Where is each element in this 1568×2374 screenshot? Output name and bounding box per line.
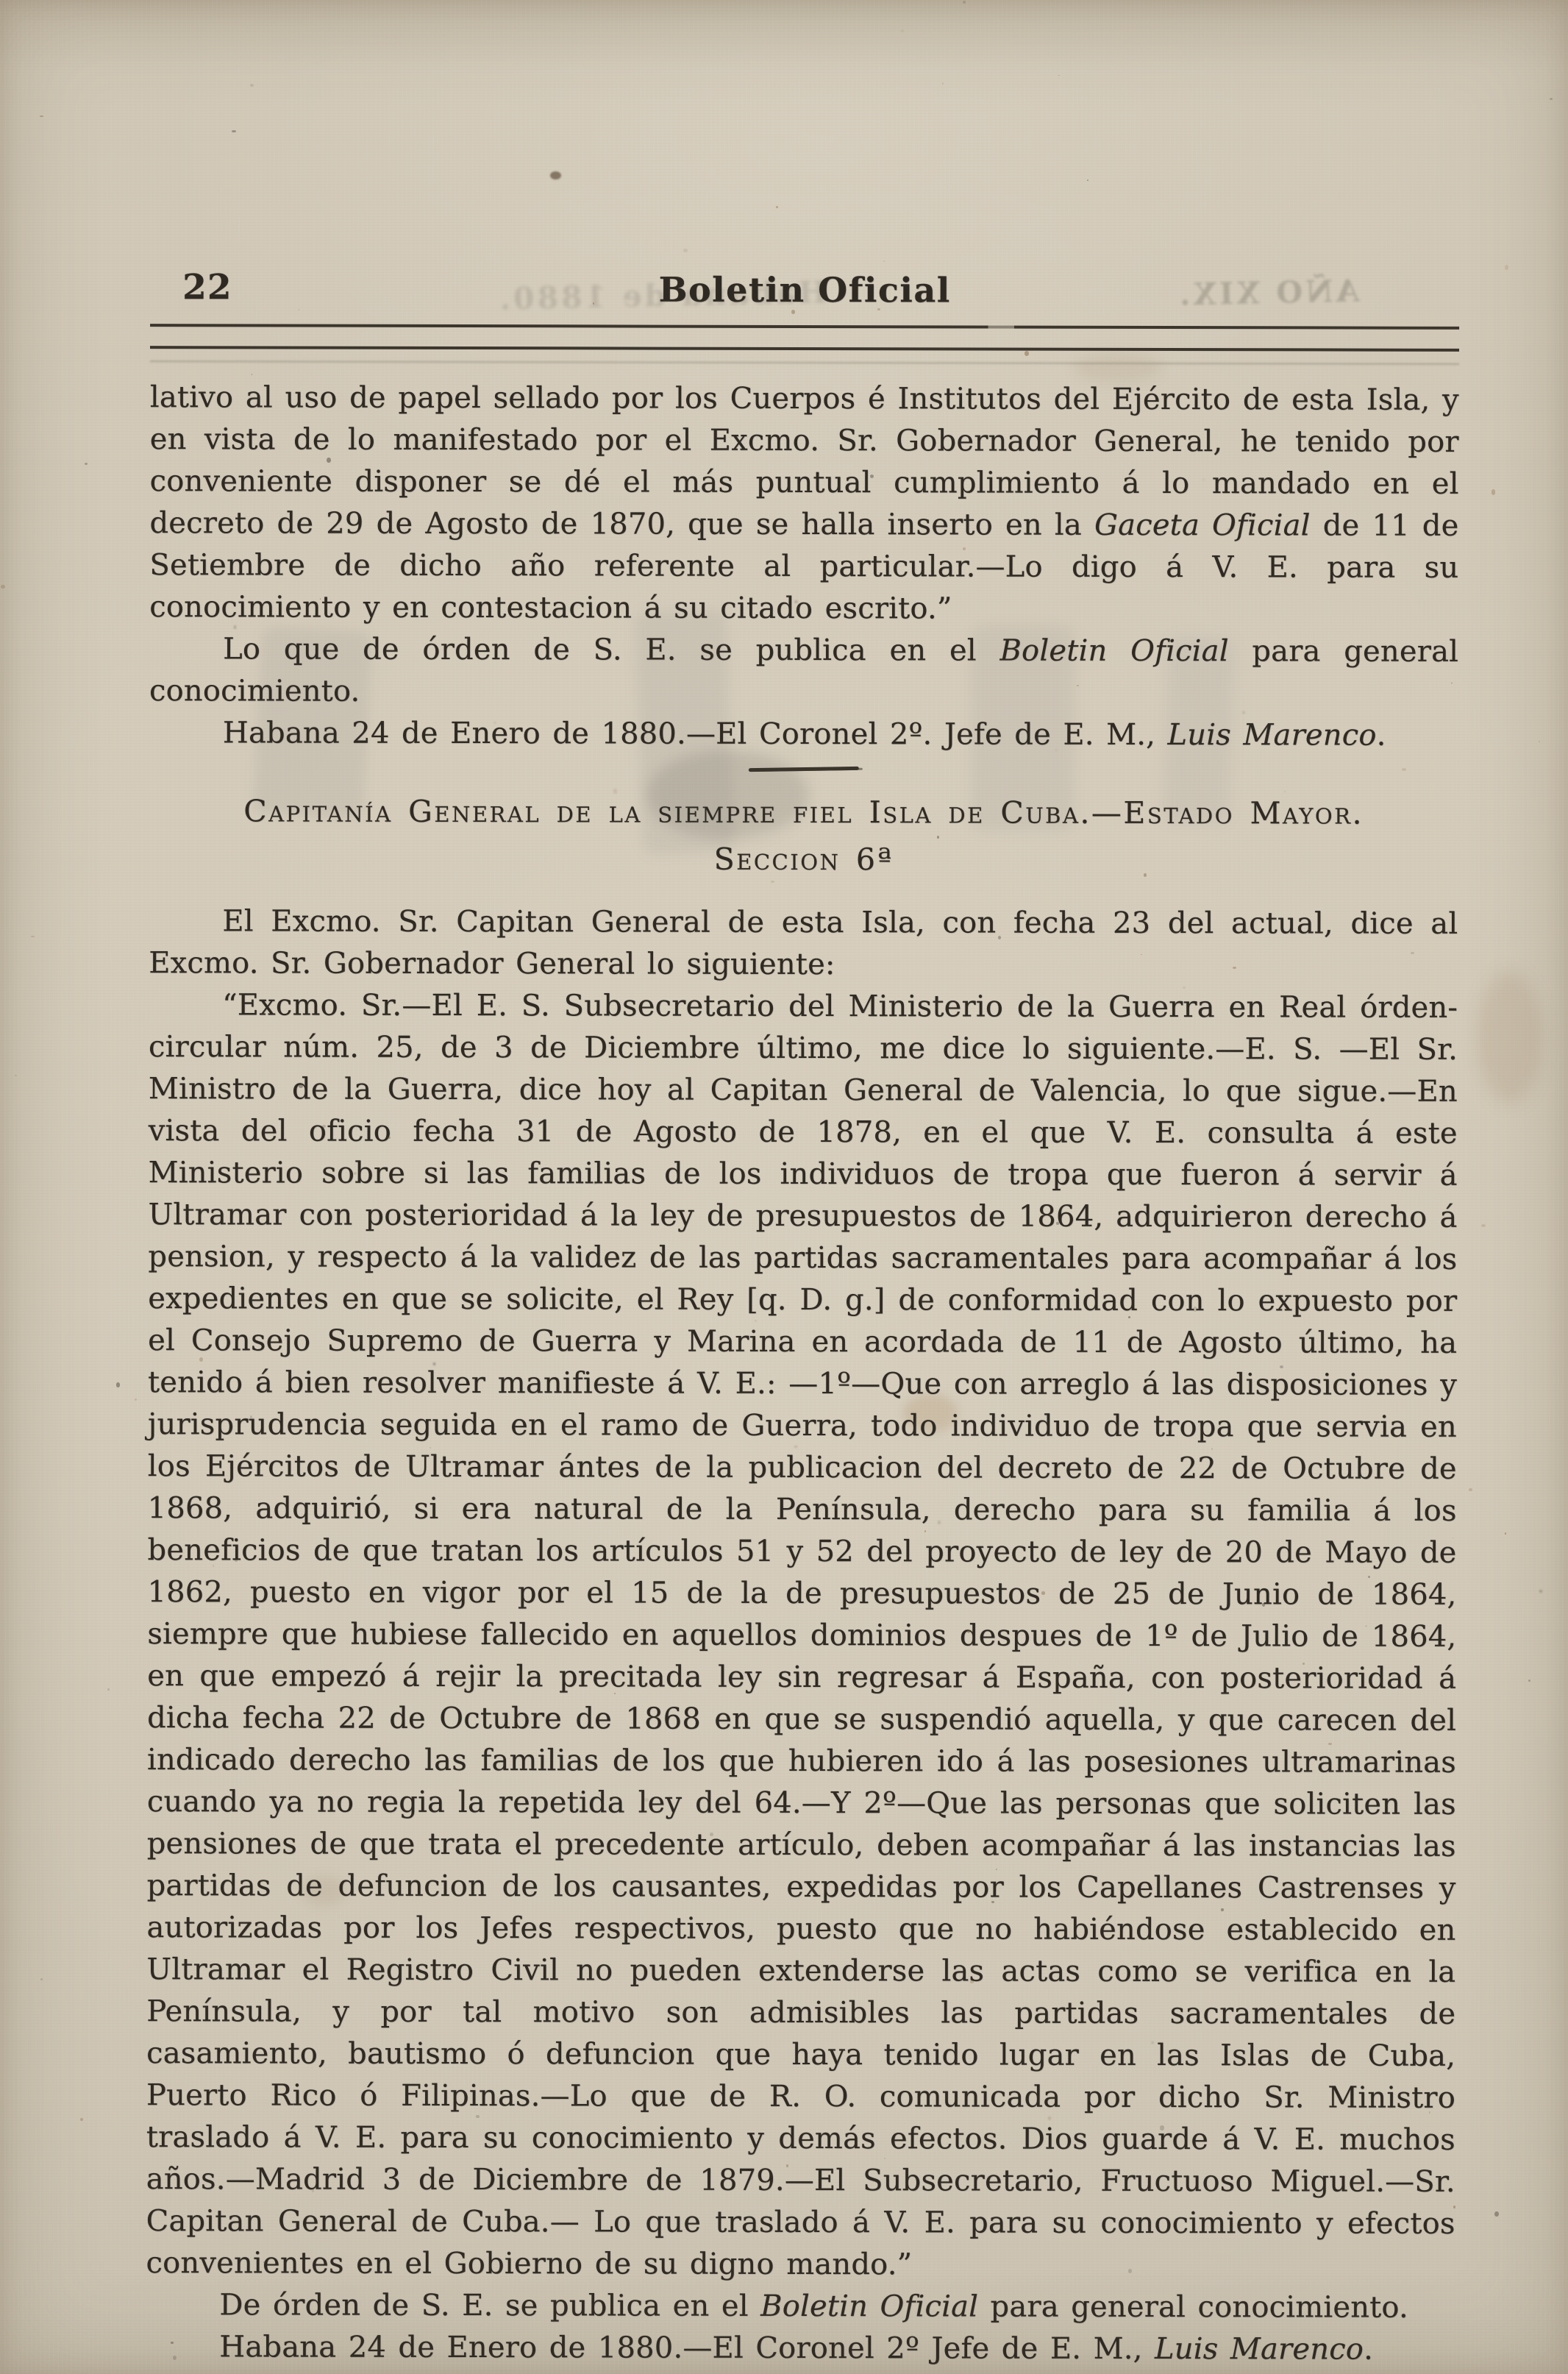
document-paragraph: lativo al uso de papel sellado por los C…: [149, 377, 1459, 631]
text-run: Capitanía General de la siempre fiel Isl…: [243, 793, 1364, 831]
italic-text-run: Gaceta Oficial: [1094, 508, 1311, 543]
scanned-page: { "colors": { "paper": "#d2c9b8", "ink":…: [0, 0, 1568, 2374]
text-run: .: [1364, 2333, 1373, 2367]
italic-text-run: Boletin Oficial: [999, 634, 1228, 669]
page-header: 22 Boletin Oficial: [150, 266, 1459, 316]
article-body: lativo al uso de papel sellado por los C…: [146, 377, 1459, 2371]
document-paragraph: Habana 24 de Enero de 1880.—El Coronel 2…: [146, 2326, 1455, 2371]
text-run: Lo que de órden de S. E. se publica en e…: [223, 632, 999, 667]
document-paragraph: De órden de S. E. se publica en el Bolet…: [146, 2284, 1455, 2329]
text-run: El Excmo. Sr. Capitan General de esta Is…: [149, 904, 1458, 981]
document-paragraph: Lo que de órden de S. E. se publica en e…: [149, 628, 1458, 715]
section-heading: Capitanía General de la siempre fiel Isl…: [149, 787, 1458, 837]
text-run: para general conocimiento.: [978, 2289, 1408, 2324]
text-run: .: [1377, 719, 1386, 753]
text-run: Seccion 6ª: [714, 842, 894, 878]
text-run: “Excmo. Sr.—El E. S. Subsecretario del M…: [146, 988, 1458, 2281]
italic-text-run: Boletin Oficial: [760, 2289, 978, 2324]
section-separator: [749, 767, 859, 772]
text-run: De órden de S. E. se publica en el: [219, 2288, 760, 2323]
document-paragraph: “Excmo. Sr.—El E. S. Subsecretario del M…: [146, 984, 1458, 2287]
masthead-title: Boletin Oficial: [150, 269, 1459, 311]
document-paragraph: Habana 24 de Enero de 1880.—El Coronel 2…: [149, 712, 1458, 757]
text-run: Habana 24 de Enero de 1880.—El Coronel 2…: [223, 716, 1168, 752]
section-subheading: Seccion 6ª: [149, 834, 1458, 884]
italic-text-run: Luis Marenco: [1155, 2332, 1364, 2367]
document-paragraph: El Excmo. Sr. Capitan General de esta Is…: [149, 900, 1458, 987]
italic-text-run: Luis Marenco: [1167, 718, 1376, 753]
text-run: Habana 24 de Enero de 1880.—El Coronel 2…: [219, 2330, 1155, 2366]
